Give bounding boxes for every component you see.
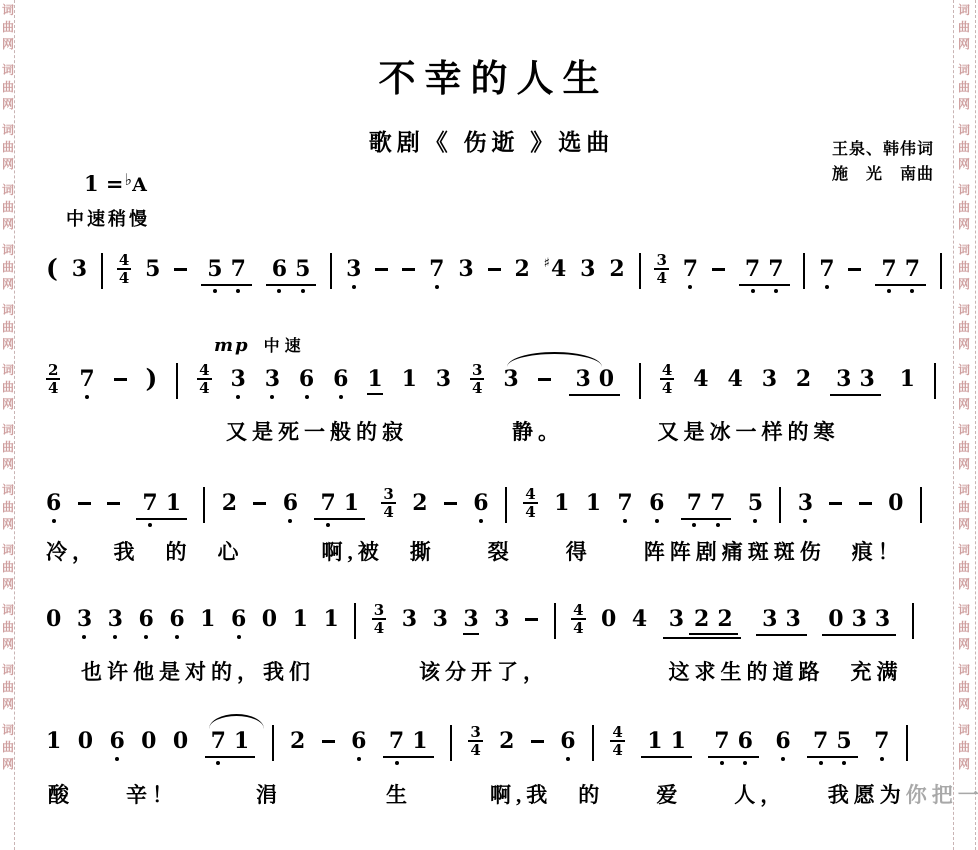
parenthesis: ( bbox=[46, 256, 58, 282]
note: 2 bbox=[290, 728, 305, 754]
note: 7 bbox=[211, 728, 226, 754]
time-signature: 44 bbox=[523, 487, 537, 519]
note: 6 bbox=[775, 728, 790, 754]
lyricist-credit: 王泉、韩伟词 bbox=[832, 137, 934, 162]
note: 0 bbox=[46, 606, 61, 632]
note: 6 bbox=[169, 606, 184, 632]
note: 3 bbox=[494, 606, 509, 632]
duration-dash bbox=[848, 268, 861, 271]
dynamics-marking: mp 中速 bbox=[214, 333, 306, 356]
mp-dynamic: mp bbox=[214, 335, 250, 356]
barline bbox=[272, 725, 274, 761]
note: 6 bbox=[299, 366, 314, 392]
watermark-text: 词曲网 bbox=[957, 722, 971, 773]
watermark-text: 词曲网 bbox=[957, 362, 971, 413]
note: 0 bbox=[601, 606, 616, 632]
note: 3 bbox=[458, 256, 473, 282]
barline bbox=[176, 363, 178, 399]
barline bbox=[940, 253, 942, 289]
tie-arc bbox=[507, 352, 602, 367]
note: 2 bbox=[694, 606, 709, 632]
lyrics-text: 也许他是对的，我们 该分开了， 这求生的道路 充满 bbox=[81, 660, 903, 684]
note: 3 bbox=[436, 366, 451, 392]
time-signature: 44 bbox=[610, 725, 624, 757]
duration-dash bbox=[253, 502, 266, 505]
note: 7 bbox=[617, 490, 632, 516]
note: 0 bbox=[888, 490, 903, 516]
time-signature: 44 bbox=[197, 363, 211, 395]
note: 6 bbox=[46, 490, 61, 516]
watermark-text: 词曲网 bbox=[1, 482, 15, 533]
lyrics-line-4: 酸 辛！ 涓 生 啊,我 的 爱 人， 我愿为你把一切担 bbox=[46, 779, 960, 809]
note: 7 bbox=[320, 490, 335, 516]
credits-block: 王泉、韩伟词 施 光 南曲 bbox=[832, 137, 934, 187]
beam-group: 77 bbox=[739, 256, 790, 286]
watermark-text: 词曲网 bbox=[957, 482, 971, 533]
barline bbox=[912, 603, 914, 639]
note: 6 bbox=[109, 728, 124, 754]
note: 6 bbox=[649, 490, 664, 516]
duration-dash bbox=[859, 502, 872, 505]
note: 3 bbox=[762, 606, 777, 632]
note: 3 bbox=[669, 606, 684, 635]
note: 6 bbox=[283, 490, 298, 516]
note: 3 bbox=[785, 606, 800, 632]
duration-dash bbox=[107, 502, 120, 505]
beam-group: 77 bbox=[875, 256, 926, 286]
music-line-4: 0336616011343333440432233033 bbox=[46, 606, 914, 639]
note: 1 bbox=[46, 728, 61, 754]
duration-dash bbox=[375, 268, 388, 271]
note: 1 bbox=[900, 366, 915, 392]
duration-dash bbox=[488, 268, 501, 271]
duration-dash bbox=[531, 740, 544, 743]
watermark-text: 词曲网 bbox=[1, 422, 15, 473]
music-line-2: 247)44336611334330444432331 bbox=[46, 366, 936, 399]
note: 5 bbox=[836, 728, 851, 754]
tie-arc bbox=[209, 714, 264, 729]
note: 6 bbox=[272, 256, 287, 282]
note: 0 bbox=[78, 728, 93, 754]
time-signature: 44 bbox=[660, 363, 674, 395]
lyrics-text: 酸 辛！ 涓 生 啊,我 的 爱 人， 我愿为 bbox=[48, 783, 906, 807]
lyrics-text: 冷， 我 的 心 啊,被 撕 裂 得 阵阵剧痛斑斑伤 痕！ bbox=[46, 540, 904, 564]
note: 3 bbox=[762, 366, 777, 392]
note: 7 bbox=[768, 256, 783, 282]
note: 6 bbox=[333, 366, 348, 392]
note: 4 bbox=[727, 366, 742, 392]
barline bbox=[934, 363, 936, 399]
note: 7 bbox=[714, 728, 729, 754]
barline bbox=[920, 487, 922, 523]
note: ♯4 bbox=[544, 256, 567, 282]
time-signature: 24 bbox=[46, 363, 60, 395]
note: 1 bbox=[647, 728, 662, 754]
barline bbox=[203, 487, 205, 523]
watermark-text: 词曲网 bbox=[1, 602, 15, 653]
parenthesis: ) bbox=[145, 366, 157, 392]
duration-dash bbox=[78, 502, 91, 505]
duration-dash bbox=[444, 502, 457, 505]
lyrics-line-3: 也许他是对的，我们 该分开了， 这求生的道路 充满 bbox=[46, 656, 978, 686]
barline bbox=[639, 363, 641, 399]
note: 7 bbox=[142, 490, 157, 516]
note: 2 bbox=[609, 256, 624, 282]
note: 6 bbox=[738, 728, 753, 754]
watermark-text: 词曲网 bbox=[1, 722, 15, 773]
barline bbox=[354, 603, 356, 639]
beam-group: 033 bbox=[822, 606, 896, 636]
duration-dash bbox=[174, 268, 187, 271]
note: 2 bbox=[796, 366, 811, 392]
key-base: 1 = bbox=[84, 171, 124, 196]
music-line-1: (344557653732♯43234777777 bbox=[46, 256, 942, 289]
note: 1 bbox=[293, 606, 308, 632]
barline bbox=[101, 253, 103, 289]
duration-dash bbox=[402, 268, 415, 271]
note: 5 bbox=[145, 256, 160, 282]
note: 3 bbox=[402, 606, 417, 632]
watermark-text: 词曲网 bbox=[957, 302, 971, 353]
beam-group: 33 bbox=[830, 366, 881, 396]
time-signature: 34 bbox=[468, 725, 482, 757]
beam-group: 57 bbox=[201, 256, 252, 286]
note: 5 bbox=[748, 490, 763, 516]
duration-dash bbox=[525, 618, 538, 621]
barline bbox=[906, 725, 908, 761]
note: 7 bbox=[79, 366, 94, 392]
note: 0 bbox=[141, 728, 156, 754]
beam-group: 71 bbox=[383, 728, 434, 758]
note: 7 bbox=[710, 490, 725, 516]
note: 3 bbox=[265, 366, 280, 392]
note: 7 bbox=[231, 256, 246, 282]
note: 2 bbox=[412, 490, 427, 516]
watermark-text: 词曲网 bbox=[1, 302, 15, 353]
note: 7 bbox=[687, 490, 702, 516]
tempo-marking: 中速稍慢 bbox=[66, 205, 150, 231]
watermark-text: 词曲网 bbox=[957, 2, 971, 53]
lyrics-line-2: 冷， 我 的 心 啊,被 撕 裂 得 阵阵剧痛斑斑伤 痕！ bbox=[46, 536, 958, 566]
note: 1 bbox=[344, 490, 359, 516]
time-signature: 34 bbox=[470, 363, 484, 395]
note: 3 bbox=[230, 366, 245, 392]
note: 3 bbox=[463, 606, 478, 635]
beam-group: 322 bbox=[663, 606, 741, 639]
note: 3 bbox=[798, 490, 813, 516]
barline bbox=[554, 603, 556, 639]
barline bbox=[450, 725, 452, 761]
beam-group: 11 bbox=[641, 728, 692, 758]
song-title: 不幸的人生 bbox=[0, 48, 978, 102]
watermark-text: 词曲网 bbox=[1, 542, 15, 593]
note: 1 bbox=[323, 606, 338, 632]
note: 5 bbox=[295, 256, 310, 282]
note: 7 bbox=[874, 728, 889, 754]
note: 1 bbox=[367, 366, 382, 395]
note: 3 bbox=[503, 366, 518, 392]
note: 7 bbox=[881, 256, 896, 282]
beam-group: 22 bbox=[689, 606, 738, 635]
watermark-text: 词曲网 bbox=[1, 2, 15, 53]
note: 3 bbox=[580, 256, 595, 282]
beam-group: 33 bbox=[756, 606, 807, 636]
key-signature: 1 =♭A bbox=[84, 170, 147, 196]
note: 2 bbox=[717, 606, 732, 632]
beam-group: 30 bbox=[569, 366, 620, 396]
duration-dash bbox=[538, 378, 551, 381]
note: 3 bbox=[852, 606, 867, 632]
flat-icon: ♭ bbox=[125, 170, 133, 189]
time-signature: 44 bbox=[571, 603, 585, 635]
beam-group: 76 bbox=[708, 728, 759, 758]
note: 3 bbox=[433, 606, 448, 632]
note: 3 bbox=[859, 366, 874, 392]
key-letter: A bbox=[132, 174, 147, 196]
barline bbox=[779, 487, 781, 523]
sharp-icon: ♯ bbox=[544, 256, 550, 271]
note: 4 bbox=[632, 606, 647, 632]
time-signature: 34 bbox=[372, 603, 386, 635]
note: 0 bbox=[173, 728, 188, 754]
note: 3 bbox=[836, 366, 851, 392]
barline bbox=[505, 487, 507, 523]
note: 6 bbox=[560, 728, 575, 754]
note: 0 bbox=[262, 606, 277, 632]
note: 3 bbox=[72, 256, 87, 282]
time-signature: 34 bbox=[381, 487, 395, 519]
note: 3 bbox=[108, 606, 123, 632]
lyrics-text: 又是死一般的寂 静。 又是冰一样的寒 bbox=[226, 420, 840, 444]
note: 1 bbox=[200, 606, 215, 632]
beam-group: 77 bbox=[681, 490, 732, 520]
beam-group: 71 bbox=[205, 728, 256, 758]
note: 6 bbox=[351, 728, 366, 754]
watermark-text: 词曲网 bbox=[1, 242, 15, 293]
lyrics-text-faded: 你把一切担 bbox=[906, 783, 978, 807]
note: 0 bbox=[599, 366, 614, 392]
note: 7 bbox=[905, 256, 920, 282]
barline bbox=[639, 253, 641, 289]
note: 3 bbox=[875, 606, 890, 632]
note: 3 bbox=[77, 606, 92, 632]
note: 1 bbox=[166, 490, 181, 516]
watermark-text: 词曲网 bbox=[957, 182, 971, 233]
note: 5 bbox=[207, 256, 222, 282]
note: 7 bbox=[813, 728, 828, 754]
note: 1 bbox=[234, 728, 249, 754]
duration-dash bbox=[712, 268, 725, 271]
beam-group: 71 bbox=[314, 490, 365, 520]
note: 6 bbox=[231, 606, 246, 632]
watermark-text: 词曲网 bbox=[1, 182, 15, 233]
note: 2 bbox=[514, 256, 529, 282]
note: 6 bbox=[138, 606, 153, 632]
lyrics-line-1: 又是死一般的寂 静。 又是冰一样的寒 bbox=[46, 416, 978, 446]
note: 1 bbox=[402, 366, 417, 392]
note: 2 bbox=[222, 490, 237, 516]
music-line-5: 1060071267134264411766757 bbox=[46, 728, 908, 761]
note: 7 bbox=[389, 728, 404, 754]
note: 7 bbox=[819, 256, 834, 282]
note: 0 bbox=[828, 606, 843, 632]
beam-group: 65 bbox=[266, 256, 317, 286]
beam-group: 71 bbox=[136, 490, 187, 520]
note: 1 bbox=[671, 728, 686, 754]
music-line-3: 6712671342644117677530 bbox=[46, 490, 922, 523]
note: 1 bbox=[554, 490, 569, 516]
note: 2 bbox=[499, 728, 514, 754]
note: 4 bbox=[693, 366, 708, 392]
note: 7 bbox=[745, 256, 760, 282]
note: 7 bbox=[683, 256, 698, 282]
time-signature: 34 bbox=[654, 253, 668, 285]
watermark-text: 词曲网 bbox=[1, 662, 15, 713]
note: 6 bbox=[473, 490, 488, 516]
sheet-music-page: 词曲网词曲网词曲网词曲网词曲网词曲网词曲网词曲网词曲网词曲网词曲网词曲网词曲网 … bbox=[0, 0, 978, 850]
barline bbox=[592, 725, 594, 761]
watermark-text: 词曲网 bbox=[957, 242, 971, 293]
note: 7 bbox=[429, 256, 444, 282]
note: 3 bbox=[575, 366, 590, 392]
anno-tempo-label: 中速 bbox=[264, 338, 306, 355]
barline bbox=[803, 253, 805, 289]
time-signature: 44 bbox=[117, 253, 131, 285]
barline bbox=[330, 253, 332, 289]
watermark-text: 词曲网 bbox=[1, 362, 15, 413]
note: 1 bbox=[586, 490, 601, 516]
duration-dash bbox=[829, 502, 842, 505]
watermark-text: 词曲网 bbox=[957, 602, 971, 653]
beam-group: 75 bbox=[807, 728, 858, 758]
composer-credit: 施 光 南曲 bbox=[832, 162, 934, 187]
watermark-text: 词曲网 bbox=[957, 542, 971, 593]
duration-dash bbox=[322, 740, 335, 743]
duration-dash bbox=[114, 378, 127, 381]
note: 3 bbox=[346, 256, 361, 282]
note: 1 bbox=[412, 728, 427, 754]
